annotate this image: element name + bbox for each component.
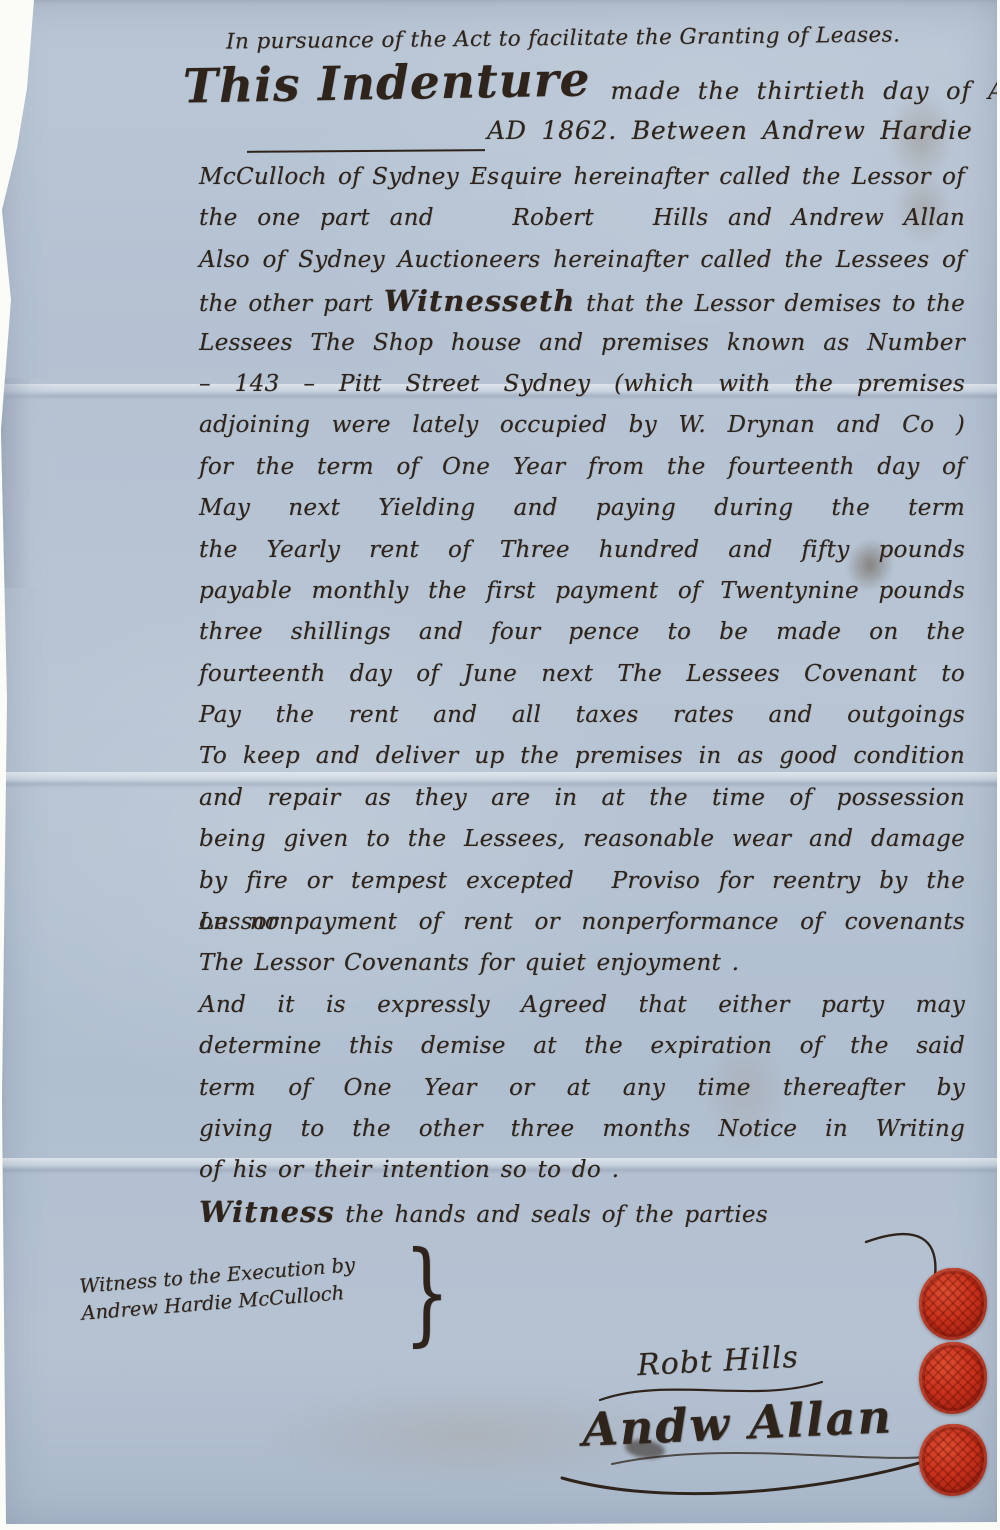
manuscript-paper: In pursuance of the Act to facilitate th…: [0, 0, 1000, 1530]
manuscript-line: three shillings and four pence to be mad…: [199, 612, 965, 653]
margin-witness-note: Witness to the Execution by Andrew Hardi…: [78, 1251, 358, 1327]
manuscript-line: May next Yielding and paying during the …: [199, 488, 965, 529]
manuscript-line: for the term of One Year from the fourte…: [199, 447, 965, 488]
manuscript-line-witness-close: Witness the hands and seals of the parti…: [199, 1192, 965, 1233]
line-text: the hands and seals of the parties: [335, 1202, 768, 1228]
manuscript-line: Also of Sydney Auctioneers hereinafter c…: [199, 240, 965, 281]
manuscript-line: by fire or tempest excepted Proviso for …: [199, 861, 965, 902]
manuscript-line: of his or their intention so to do .: [199, 1150, 965, 1191]
manuscript-line: McCulloch of Sydney Esquire hereinafter …: [199, 157, 965, 198]
manuscript-line: And it is expressly Agreed that either p…: [199, 985, 965, 1026]
signature-robert-hills: Robt Hills: [636, 1340, 799, 1383]
manuscript-line: Pay the rent and all taxes rates and out…: [199, 695, 965, 736]
manuscript-line: adjoining were lately occupied by W. Dry…: [199, 405, 965, 446]
red-wax-seal: [919, 1268, 987, 1340]
manuscript-line: The Lessor Covenants for quiet enjoyment…: [199, 943, 965, 984]
witnesseth-word: Witnesseth: [384, 284, 576, 318]
folded-edge: [0, 378, 58, 588]
manuscript-line-witnesseth: the other part Witnesseth that the Lesso…: [199, 281, 965, 322]
blank-rule-line: [247, 149, 485, 153]
manuscript-line: payable monthly the first payment of Twe…: [199, 571, 965, 612]
deed-body: McCulloch of Sydney Esquire hereinafter …: [199, 157, 965, 1233]
opening-continuation: made the thirtieth day of April: [610, 77, 1000, 105]
indenture-title: This Indenture: [183, 52, 591, 114]
manuscript-line: – 143 – Pitt Street Sydney (which with t…: [199, 364, 965, 405]
curly-brace: }: [404, 1227, 450, 1357]
manuscript-line: the Yearly rent of Three hundred and fif…: [199, 530, 965, 571]
red-wax-seal: [919, 1424, 987, 1496]
manuscript-line: and repair as they are in at the time of…: [199, 778, 965, 819]
manuscript-line: fourteenth day of June next The Lessees …: [199, 654, 965, 695]
manuscript-line: To keep and deliver up the premises in a…: [199, 736, 965, 777]
line-text: the other part: [199, 291, 384, 317]
header-line: In pursuance of the Act to facilitate th…: [226, 22, 900, 54]
manuscript-line: determine this demise at the expiration …: [199, 1026, 965, 1067]
signature-andrew-allan: Andw Allan: [581, 1389, 894, 1457]
manuscript-line: being given to the Lessees, reasonable w…: [199, 819, 965, 860]
indenture-opening: This Indenture made the thirtieth day of…: [183, 56, 1000, 111]
date-line: AD 1862. Between Andrew Hardie: [487, 116, 973, 145]
manuscript-line: Lessees The Shop house and premises know…: [199, 323, 965, 364]
witness-word: Witness: [199, 1195, 335, 1229]
line-text: that the Lessor demises to the: [575, 291, 965, 317]
manuscript-line: term of One Year or at any time thereaft…: [199, 1068, 965, 1109]
manuscript-line: on nonpayment of rent or nonperformance …: [199, 902, 965, 943]
manuscript-line: the one part and Robert Hills and Andrew…: [199, 198, 965, 239]
manuscript-line: giving to the other three months Notice …: [199, 1109, 965, 1150]
red-wax-seal: [919, 1342, 987, 1414]
